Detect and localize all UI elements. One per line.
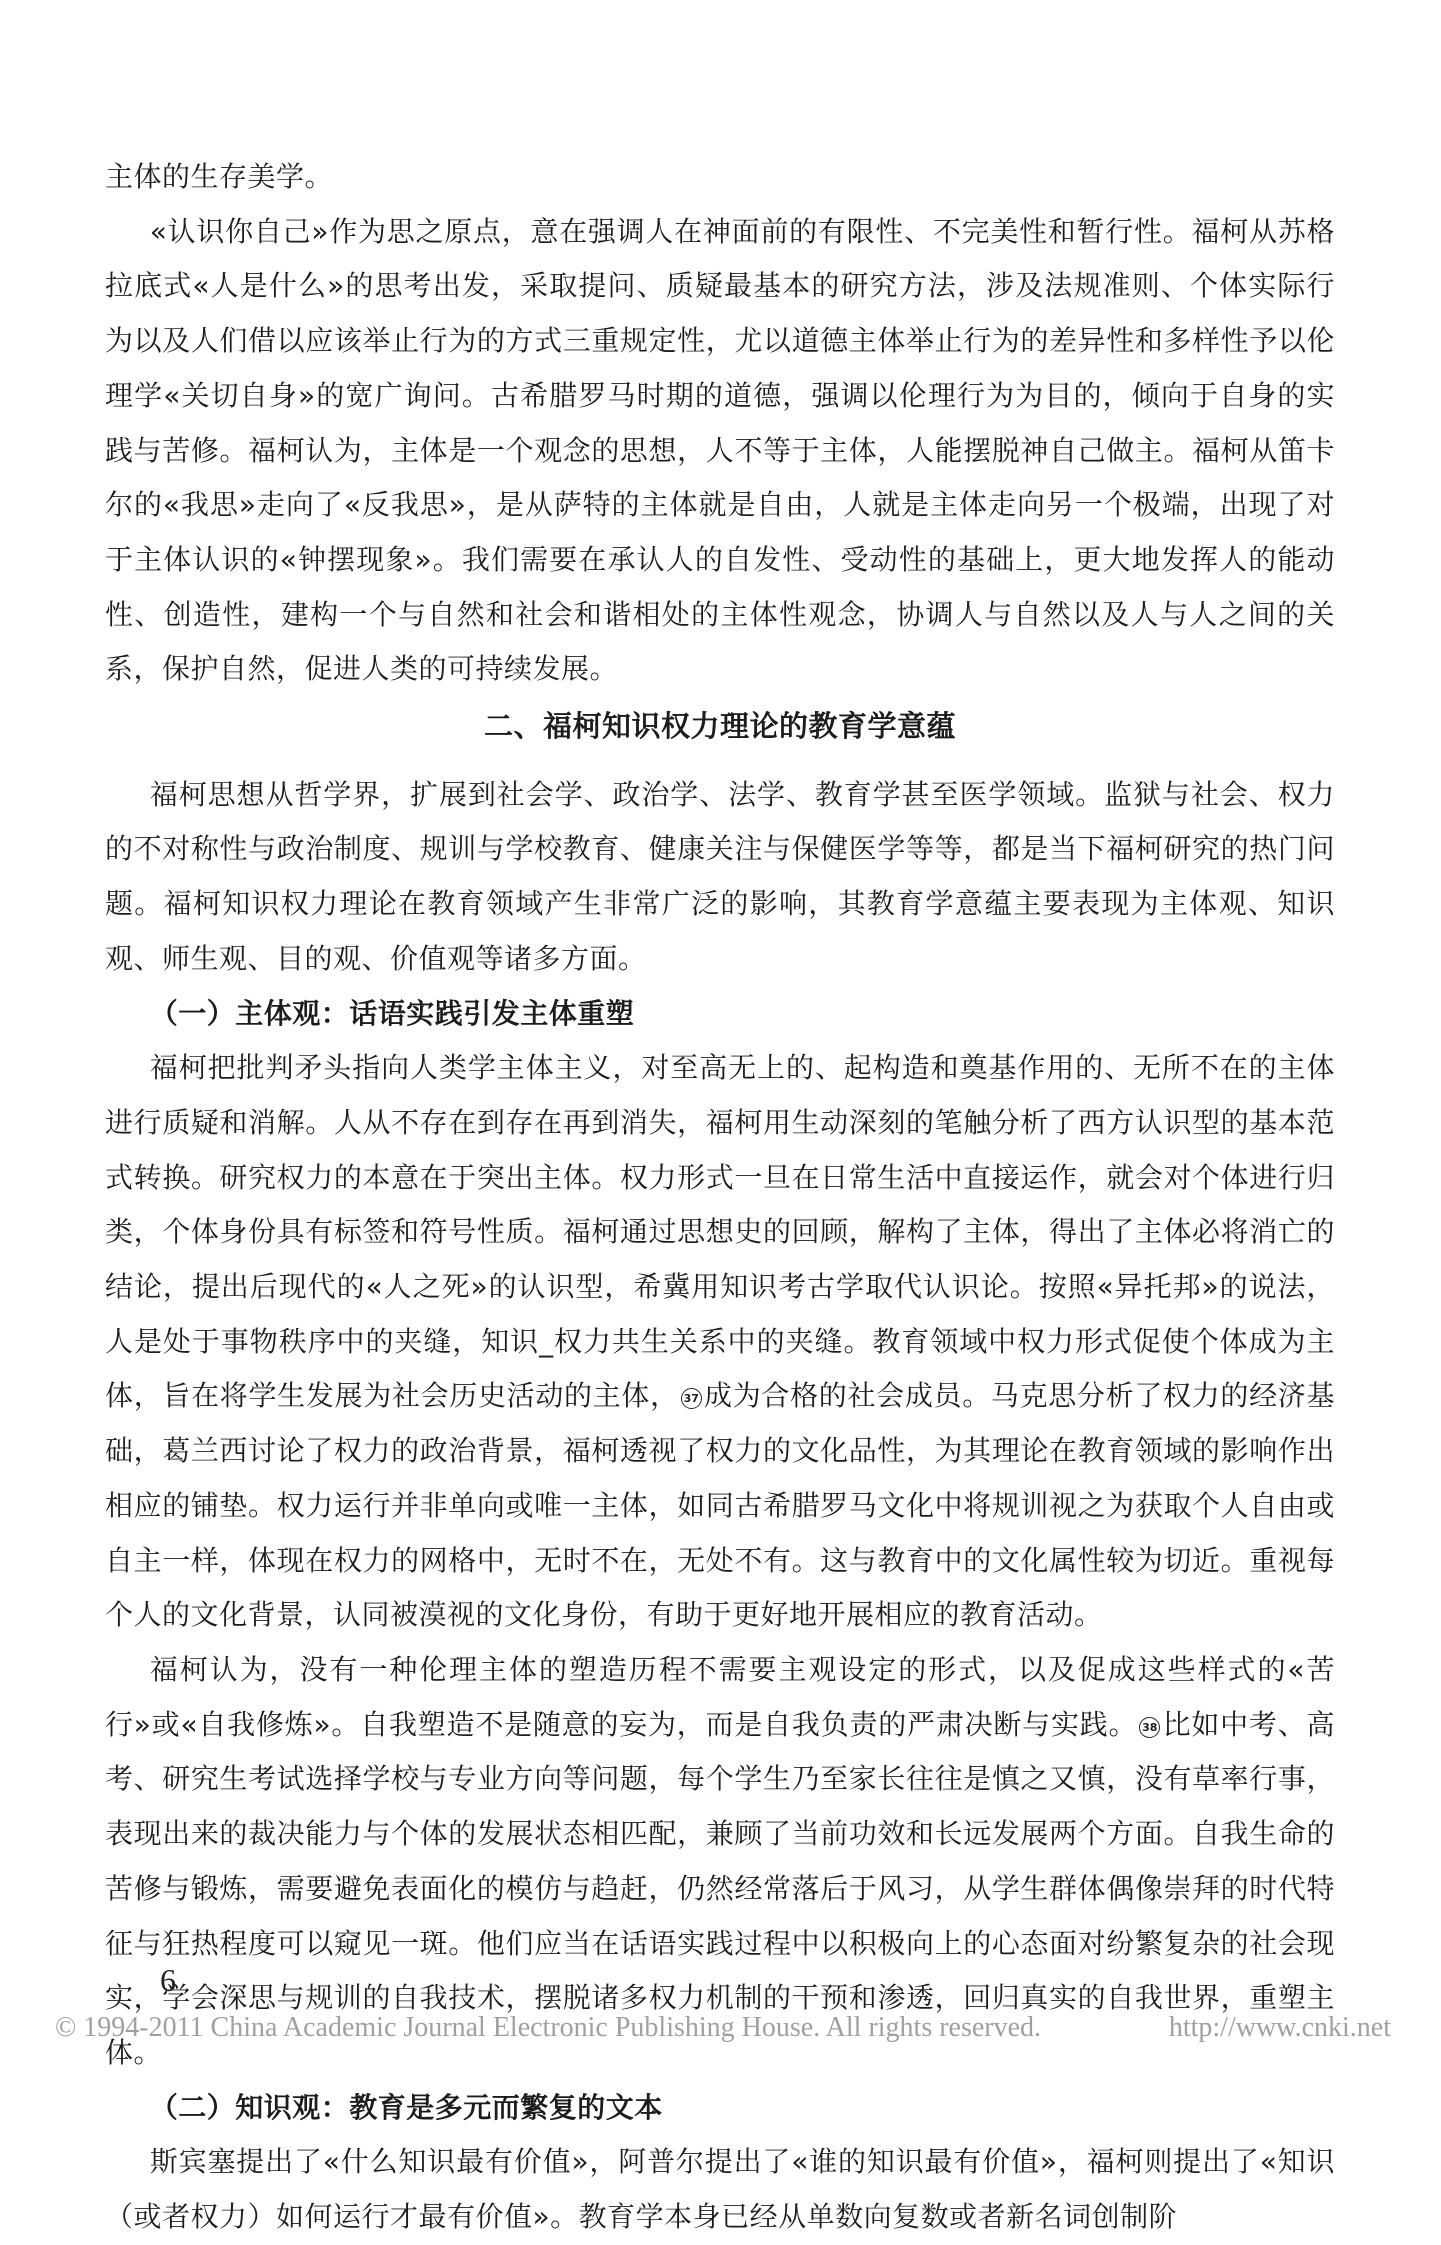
cnki-url: http://www.cnki.net [1169, 2012, 1391, 2044]
footnote-marker-38: 38 [1139, 1717, 1160, 1738]
copyright-text: © 1994-2011 China Academic Journal Elect… [55, 2012, 1041, 2044]
subsection-heading-1-subject-view: （一）主体观：话语实践引发主体重塑 [105, 987, 1335, 1042]
paragraph-text-before-footnote: 福柯把批判矛头指向人类学主体主义，对至高无上的、起构造和奠基作用的、无所不在的主… [105, 1051, 1335, 1412]
section-heading-2: 二、福柯知识权力理论的教育学意蕴 [105, 699, 1335, 754]
article-body: 主体的生存美学。 «认识你自己»作为思之原点，意在强调人在神面前的有限性、不完美… [105, 150, 1335, 2245]
paragraph-foucault-fields: 福柯思想从哲学界，扩展到社会学、政治学、法学、教育学甚至医学领域。监狱与社会、权… [105, 768, 1335, 987]
subsection-heading-2-knowledge-view: （二）知识观：教育是多元而繁复的文本 [105, 2081, 1335, 2136]
paragraph-continuation: 主体的生存美学。 [105, 150, 1335, 205]
copyright-bar: © 1994-2011 China Academic Journal Elect… [55, 2012, 1391, 2044]
paragraph-knowledge-value: 斯宾塞提出了«什么知识最有价值»，阿普尔提出了«谁的知识最有价值»，福柯则提出了… [105, 2135, 1335, 2244]
document-page: 主体的生存美学。 «认识你自己»作为思之原点，意在强调人在神面前的有限性、不完美… [0, 0, 1441, 2095]
page-number: 6 [160, 1962, 176, 1999]
paragraph-subject-critique: 福柯把批判矛头指向人类学主体主义，对至高无上的、起构造和奠基作用的、无所不在的主… [105, 1041, 1335, 1643]
paragraph-know-yourself: «认识你自己»作为思之原点，意在强调人在神面前的有限性、不完美性和暂行性。福柯从… [105, 205, 1335, 697]
footnote-marker-37: 37 [681, 1388, 702, 1409]
paragraph-text-after-footnote: 成为合格的社会成员。马克思分析了权力的经济基础，葛兰西讨论了权力的政治背景，福柯… [105, 1379, 1335, 1631]
